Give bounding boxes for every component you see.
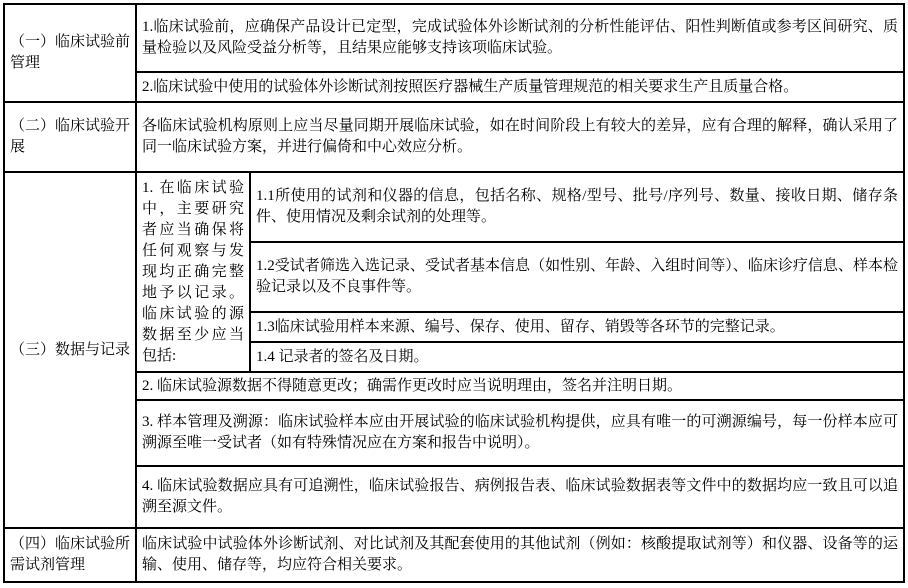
section3-intro: 1. 在临床试验中，主要研究者应当确保将任何观察与发现均正确完整地予以记录。临床… bbox=[136, 172, 250, 372]
section3-item2: 2. 临床试验源数据不得随意更改；确需作更改时应当说明理由，签名并注明日期。 bbox=[136, 372, 904, 400]
section2-text: 各临床试验机构原则上应当尽量同期开展临床试验，如在时间阶段上有较大的差异，应有合… bbox=[136, 102, 904, 172]
section4-text: 临床试验中试验体外诊断试剂、对比试剂及其配套使用的其他试剂（例如：核酸提取试剂等… bbox=[136, 528, 904, 582]
section-label-4: （四）临床试验所需试剂管理 bbox=[4, 528, 136, 582]
section1-item1: 1.临床试验前，应确保产品设计已定型，完成试验体外诊断试剂的分析性能评估、阳性判… bbox=[136, 4, 904, 72]
section3-item4: 4. 临床试验数据应具有可追溯性，临床试验报告、病例报告表、临床试验数据表等文件… bbox=[136, 466, 904, 528]
section3-subitem-1-1: 1.1所使用的试剂和仪器的信息，包括名称、规格/型号、批号/序列号、数量、接收日… bbox=[250, 172, 904, 242]
section-label-3: （三）数据与记录 bbox=[4, 172, 136, 528]
clinical-trial-inspection-table: （一）临床试验前管理 1.临床试验前，应确保产品设计已定型，完成试验体外诊断试剂… bbox=[3, 3, 905, 583]
section-label-1: （一）临床试验前管理 bbox=[4, 4, 136, 102]
section3-subitem-1-2: 1.2受试者筛选入选记录、受试者基本信息（如性别、年龄、入组时间等）、临床诊疗信… bbox=[250, 242, 904, 312]
section3-subitem-1-3: 1.3临床试验用样本来源、编号、保存、使用、留存、销毁等各环节的完整记录。 bbox=[250, 312, 904, 342]
section3-subitem-1-4: 1.4 记录者的签名及日期。 bbox=[250, 342, 904, 372]
section1-item2: 2.临床试验中使用的试验体外诊断试剂按照医疗器械生产质量管理规范的相关要求生产且… bbox=[136, 72, 904, 102]
section-label-2: （二）临床试验开展 bbox=[4, 102, 136, 172]
section3-item3: 3. 样本管理及溯源：临床试验样本应由开展试验的临床试验机构提供，应具有唯一的可… bbox=[136, 400, 904, 466]
